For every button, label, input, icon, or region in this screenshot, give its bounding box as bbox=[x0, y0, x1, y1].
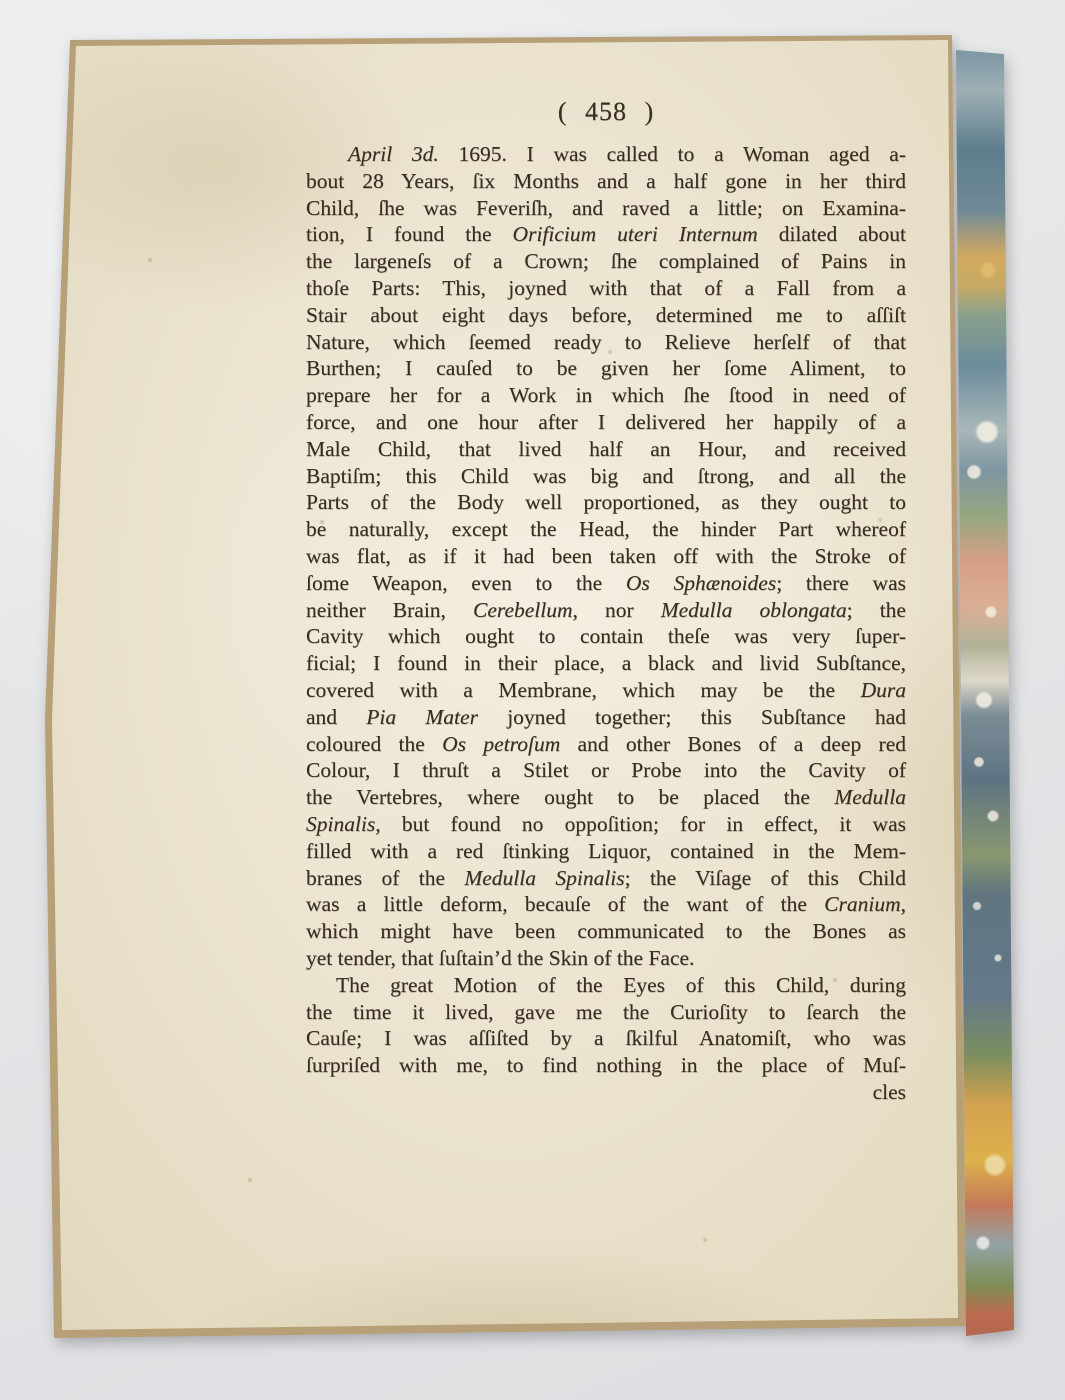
italic-term: Os Sphænoides bbox=[626, 571, 776, 595]
text-segment: , nor bbox=[573, 598, 661, 622]
text-segment: 1695. I was called to a Woman aged a- bbox=[439, 142, 906, 166]
text-segment: tion, I found the bbox=[306, 222, 513, 246]
text-segment: Stair about eight days before, determine… bbox=[306, 303, 906, 327]
text-line: bout 28 Years, ſix Months and a half gon… bbox=[306, 168, 906, 195]
catchword: cles bbox=[306, 1079, 906, 1106]
photo-background: ( 458 ) April 3d. 1695. I was called to … bbox=[0, 0, 1065, 1400]
text-segment: and bbox=[306, 705, 366, 729]
italic-term: Orificium uteri Internum bbox=[513, 222, 758, 246]
text-line: filled with a red ſtinking Liquor, conta… bbox=[306, 838, 906, 865]
text-line: Stair about eight days before, determine… bbox=[306, 302, 906, 329]
text-segment: branes of the bbox=[306, 866, 464, 890]
text-segment: Burthen; I cauſed to be given her ſome A… bbox=[306, 356, 906, 380]
text-segment: Cavity which ought to contain theſe was … bbox=[306, 624, 906, 648]
text-line: covered with a Membrane, which may be th… bbox=[306, 677, 906, 704]
text-segment: ; there was bbox=[776, 571, 906, 595]
text-segment: ſurpriſed with me, to find nothing in th… bbox=[306, 1053, 906, 1077]
text-line: Burthen; I cauſed to be given her ſome A… bbox=[306, 355, 906, 382]
text-line: Cavity which ought to contain theſe was … bbox=[306, 623, 906, 650]
text-segment: , but found no oppoſition; for in effect… bbox=[375, 812, 906, 836]
text-line: coloured the Os petroſum and other Bones… bbox=[306, 731, 906, 758]
text-line: Child, ſhe was Feveriſh, and raved a lit… bbox=[306, 195, 906, 222]
text-line: prepare her for a Work in which ſhe ſtoo… bbox=[306, 382, 906, 409]
text-line: Male Child, that lived half an Hour, and… bbox=[306, 436, 906, 463]
text-segment: bout 28 Years, ſix Months and a half gon… bbox=[306, 169, 906, 193]
text-line: ſome Weapon, even to the Os Sphænoides; … bbox=[306, 570, 906, 597]
text-line: which might have been communicated to th… bbox=[306, 918, 906, 945]
text-segment: prepare her for a Work in which ſhe ſtoo… bbox=[306, 383, 906, 407]
text-line: April 3d. 1695. I was called to a Woman … bbox=[306, 141, 906, 168]
text-line: Cauſe; I was aſſiſted by a ſkilful Anato… bbox=[306, 1025, 906, 1052]
text-segment: ; the Viſage of this Child bbox=[625, 866, 906, 890]
italic-term: Medulla bbox=[834, 785, 906, 809]
italic-term: Cerebellum bbox=[473, 598, 573, 622]
text-line: was flat, as if it had been taken off wi… bbox=[306, 543, 906, 570]
text-line: yet tender, that ſuſtain’d the Skin of t… bbox=[306, 945, 906, 972]
text-line: ſurpriſed with me, to find nothing in th… bbox=[306, 1052, 906, 1079]
text-segment: be naturally, except the Head, the hinde… bbox=[306, 517, 906, 541]
text-line: The great Motion of the Eyes of this Chi… bbox=[306, 972, 906, 999]
text-segment: cles bbox=[873, 1080, 906, 1104]
text-segment: joyned together; this Subſtance had bbox=[478, 705, 906, 729]
italic-term: Os petroſum bbox=[442, 732, 560, 756]
text-segment: ſome Weapon, even to the bbox=[306, 571, 626, 595]
text-line: and Pia Mater joyned together; this Subſ… bbox=[306, 704, 906, 731]
text-segment: ; the bbox=[847, 598, 906, 622]
text-line: thoſe Parts: This, joyned with that of a… bbox=[306, 275, 906, 302]
text-line: neither Brain, Cerebellum, nor Medulla o… bbox=[306, 597, 906, 624]
text-line: the largeneſs of a Crown; ſhe complained… bbox=[306, 248, 906, 275]
text-segment: which might have been communicated to th… bbox=[306, 919, 906, 943]
text-line: be naturally, except the Head, the hinde… bbox=[306, 516, 906, 543]
text-line: Parts of the Body well proportioned, as … bbox=[306, 489, 906, 516]
text-segment: Male Child, that lived half an Hour, and… bbox=[306, 437, 906, 461]
text-segment: and other Bones of a deep red bbox=[560, 732, 906, 756]
text-segment: the time it lived, gave me the Curioſity… bbox=[306, 1000, 906, 1024]
text-line: Spinalis, but found no oppoſition; for i… bbox=[306, 811, 906, 838]
italic-term: Spinalis bbox=[306, 812, 375, 836]
text-segment: , bbox=[901, 892, 906, 916]
text-line: was a little deform, becauſe of the want… bbox=[306, 891, 906, 918]
italic-term: Pia Mater bbox=[366, 705, 478, 729]
text-segment: Nature, which ſeemed ready to Relieve he… bbox=[306, 330, 906, 354]
text-segment: was a little deform, becauſe of the want… bbox=[306, 892, 824, 916]
text-segment: was flat, as if it had been taken off wi… bbox=[306, 544, 906, 568]
text-segment: Parts of the Body well proportioned, as … bbox=[306, 490, 906, 514]
text-line: tion, I found the Orificium uteri Intern… bbox=[306, 221, 906, 248]
text-line: branes of the Medulla Spinalis; the Viſa… bbox=[306, 865, 906, 892]
text-lines: April 3d. 1695. I was called to a Woman … bbox=[306, 141, 906, 1106]
italic-term: Dura bbox=[861, 678, 906, 702]
text-segment: Colour, I thruſt a Stilet or Probe into … bbox=[306, 758, 906, 782]
text-segment: dilated about bbox=[758, 222, 906, 246]
text-segment: covered with a Membrane, which may be th… bbox=[306, 678, 861, 702]
text-segment: neither Brain, bbox=[306, 598, 473, 622]
text-line: force, and one hour after I delivered he… bbox=[306, 409, 906, 436]
text-line: ficial; I found in their place, a black … bbox=[306, 650, 906, 677]
text-segment: the largeneſs of a Crown; ſhe complained… bbox=[306, 249, 906, 273]
italic-term: April 3d. bbox=[348, 142, 439, 166]
italic-term: Cranium bbox=[824, 892, 900, 916]
text-line: Baptiſm; this Child was big and ſtrong, … bbox=[306, 463, 906, 490]
text-segment: Cauſe; I was aſſiſted by a ſkilful Anato… bbox=[306, 1026, 906, 1050]
text-line: Colour, I thruſt a Stilet or Probe into … bbox=[306, 757, 906, 784]
text-segment: Baptiſm; this Child was big and ſtrong, … bbox=[306, 464, 906, 488]
text-line: Nature, which ſeemed ready to Relieve he… bbox=[306, 329, 906, 356]
text-segment: Child, ſhe was Feveriſh, and raved a lit… bbox=[306, 196, 906, 220]
text-segment: ficial; I found in their place, a black … bbox=[306, 651, 906, 675]
text-segment: filled with a red ſtinking Liquor, conta… bbox=[306, 839, 906, 863]
book: ( 458 ) April 3d. 1695. I was called to … bbox=[0, 0, 1065, 1400]
text-segment: yet tender, that ſuſtain’d the Skin of t… bbox=[306, 946, 694, 970]
text-line: the Vertebres, where ought to be placed … bbox=[306, 784, 906, 811]
text-segment: the Vertebres, where ought to be placed … bbox=[306, 785, 834, 809]
text-line: the time it lived, gave me the Curioſity… bbox=[306, 999, 906, 1026]
page-number: ( 458 ) bbox=[306, 97, 906, 127]
italic-term: Medulla Spinalis bbox=[464, 866, 624, 890]
text-segment: The great Motion of the Eyes of this Chi… bbox=[336, 973, 906, 997]
text-segment: thoſe Parts: This, joyned with that of a… bbox=[306, 276, 906, 300]
text-segment: force, and one hour after I delivered he… bbox=[306, 410, 906, 434]
text-segment: coloured the bbox=[306, 732, 442, 756]
italic-term: Medulla oblongata bbox=[661, 598, 847, 622]
